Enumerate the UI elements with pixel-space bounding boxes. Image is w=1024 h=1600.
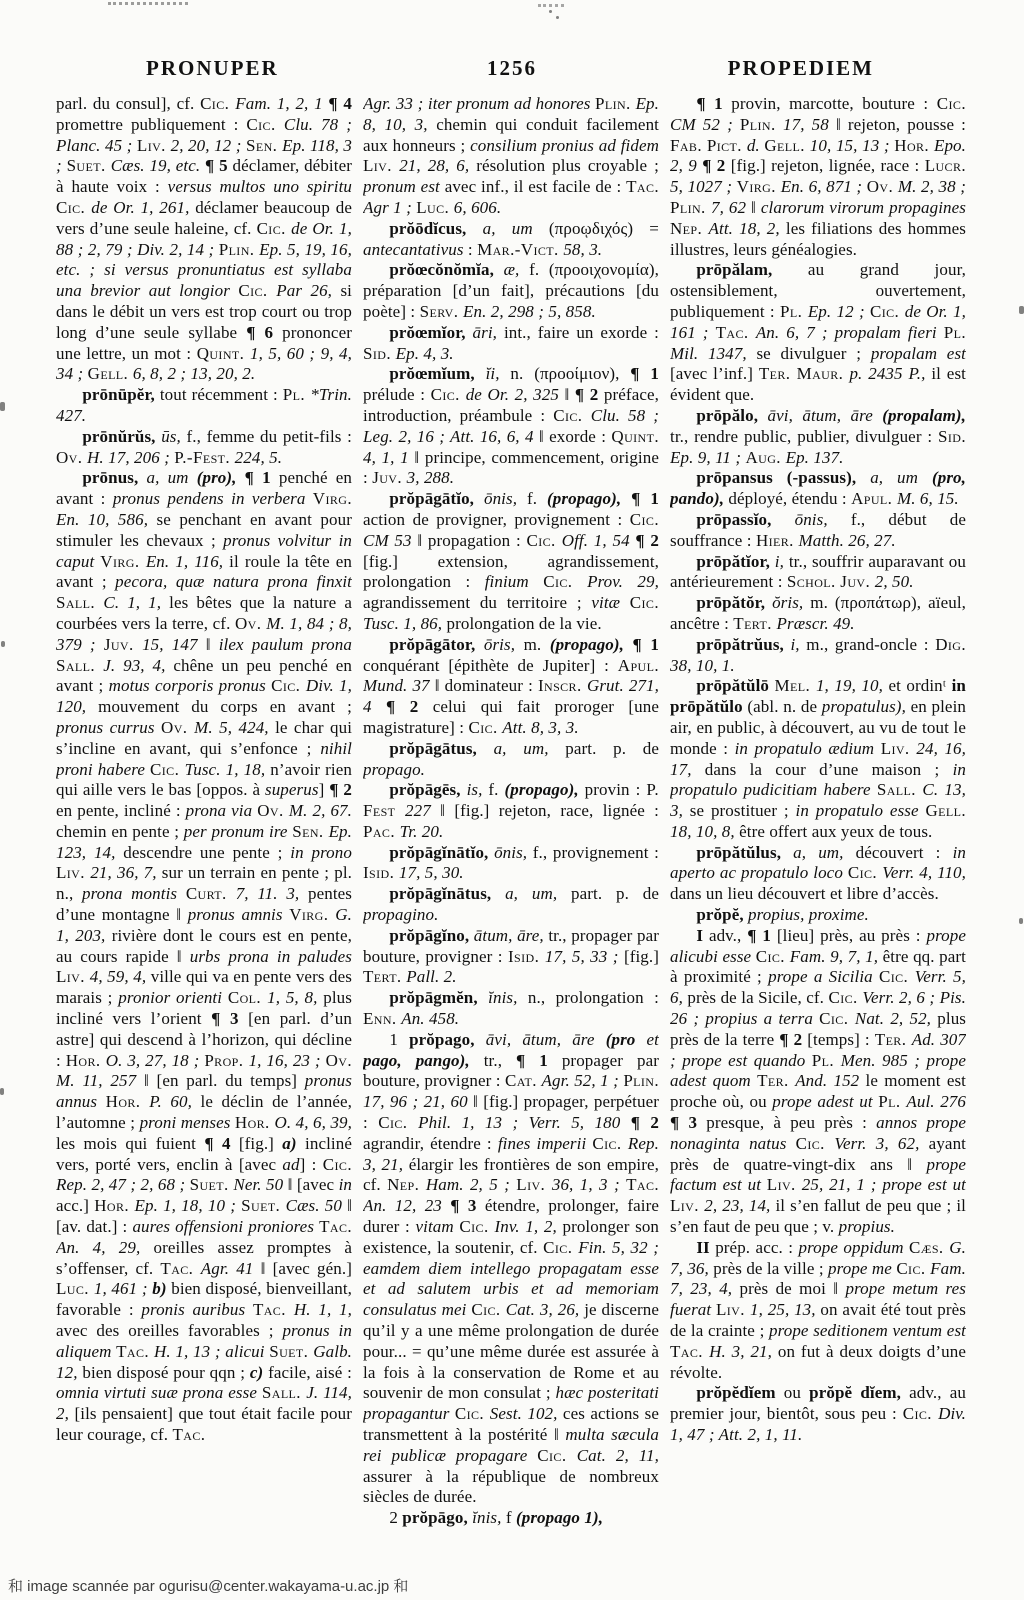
text-run: [lieu] près, au près : xyxy=(777,926,927,945)
text-run: adv., xyxy=(709,926,747,945)
text-run: M. 2, 38 ; xyxy=(898,177,966,196)
text-run: Aul. 276 xyxy=(906,1092,966,1111)
headword-or-section: prŏpāgātor, xyxy=(389,635,484,654)
text-run: en pente, incliné : xyxy=(56,801,186,820)
headword-or-section: prōnūpĕr, xyxy=(82,385,160,404)
text-run: En. 1, 116, xyxy=(146,552,229,571)
dictionary-paragraph: parl. du consul], cf. Cic. Fam. 1, 2, 1 … xyxy=(56,94,352,385)
dictionary-paragraph: 1 prŏpago, āvi, ātum, āre (pro et pago, … xyxy=(363,1030,659,1508)
text-run: Cic. xyxy=(903,1404,938,1423)
text-run: Luc. xyxy=(56,1279,94,1298)
text-run: les mois qui fuient xyxy=(56,1134,204,1153)
text-run: Hor. xyxy=(106,1092,150,1111)
text-run: Ham. 2, 5 ; xyxy=(426,1175,516,1194)
text-run: ŏris, xyxy=(772,593,810,612)
text-run: Cic. xyxy=(323,1155,352,1174)
text-run: Cic. xyxy=(870,302,905,321)
text-run: Ner. 50 xyxy=(233,1175,287,1194)
text-run: ‖ [avec gén.] xyxy=(261,1259,352,1278)
headword-or-section: prŏpāgātĭo, xyxy=(389,489,484,508)
headword-or-section: ¶ 1 xyxy=(747,926,777,945)
text-run: et ordinᵗ xyxy=(888,676,951,695)
headword-or-section: prōpătŏr, xyxy=(696,593,772,612)
text-run: b) xyxy=(152,1279,171,1298)
headword-or-section: prŏpĕdĭem xyxy=(696,1383,783,1402)
header-right-headword: PROPEDIEM xyxy=(728,56,874,81)
text-run: Dig. xyxy=(935,635,966,654)
text-run: pronus amnis xyxy=(188,905,290,924)
text-run: ilex paulum prona xyxy=(219,635,352,654)
text-run: a, um, xyxy=(494,739,566,758)
text-run: conquérant [épithète de Jupiter] : xyxy=(363,656,618,675)
text-run: 17, 58 xyxy=(783,115,836,134)
text-run: Enn. xyxy=(363,1009,401,1028)
text-run: agrandissement du territoire ; xyxy=(363,593,591,612)
text-run: āri, xyxy=(473,323,504,342)
text-run: P. 60, xyxy=(149,1092,200,1111)
text-run: Pl. xyxy=(812,1051,841,1070)
text-run: Tac. xyxy=(670,1342,709,1361)
text-run: Cic. xyxy=(150,760,185,779)
text-run: Cic. xyxy=(56,198,91,217)
text-run: 2, 50. xyxy=(875,572,914,591)
text-run: Cic. xyxy=(592,1134,628,1153)
text-run: Hor. xyxy=(66,1051,106,1070)
headword-or-section: ¶ 2 xyxy=(779,1030,807,1049)
text-run: prona via xyxy=(186,801,258,820)
headword-or-section: ¶ 1 xyxy=(696,94,731,113)
text-run: 38, 10, 1. xyxy=(670,656,735,675)
text-run: 224, 5. xyxy=(235,448,282,467)
headword-or-section: ¶ 3 xyxy=(450,1196,485,1215)
text-run: Suet. xyxy=(269,1342,313,1361)
headword-or-section: prŏpāgmĕn, xyxy=(389,988,488,1007)
text-run: Tusc. 1, 86, xyxy=(363,614,446,633)
text-run: Rep. 2, 47 ; 2, 68 ; xyxy=(56,1175,190,1194)
dictionary-paragraph: prŏpāgātus, a, um, part. p. de propago. xyxy=(363,739,659,781)
text-run: Pac. xyxy=(363,822,400,841)
text-run: provin : xyxy=(585,780,647,799)
text-run: parl. du consul], cf. xyxy=(56,94,200,113)
text-run: Tusc. 1, 18, xyxy=(185,760,271,779)
text-run: Quint. xyxy=(197,344,250,363)
page-header: PRONUPER 1256 PROPEDIEM xyxy=(0,56,1024,86)
text-run: An. 6, 7 ; propalam fieri xyxy=(756,323,944,342)
text-run: Tac. xyxy=(172,1425,205,1444)
text-run: Cic. xyxy=(630,593,659,612)
text-run: Cic. xyxy=(238,281,276,300)
text-run: in xyxy=(339,1175,352,1194)
dictionary-paragraph: prŏpāgmĕn, ĭnis, n., prolongation : Enn.… xyxy=(363,988,659,1030)
text-run: f., femme du petit-fils : xyxy=(187,427,352,446)
text-run: Liv. xyxy=(670,1196,704,1215)
text-run: 6, 606. xyxy=(454,198,501,217)
text-run: M. 5, 424, xyxy=(194,718,275,737)
text-run: 4, 1, 1 xyxy=(363,448,414,467)
text-run: prép. acc. : xyxy=(715,1238,798,1257)
dictionary-paragraph: prōpătŭlus, a, um, découvert : in aperto… xyxy=(670,843,966,905)
text-run: Liv. xyxy=(516,1175,552,1194)
headword-or-section: prōnŭrŭs, xyxy=(82,427,161,446)
text-run: Cic. xyxy=(937,94,966,113)
text-run: déployé, étendu : xyxy=(728,489,851,508)
text-run: propagino. xyxy=(363,905,438,924)
text-run: provin, marcotte, bouture : xyxy=(731,94,937,113)
text-run: Pl. xyxy=(780,302,808,321)
text-run: Att. 18, 2, xyxy=(709,219,786,238)
scan-artifact xyxy=(1019,918,1023,924)
scan-artifact xyxy=(1,641,5,647)
text-run: Tert. xyxy=(363,967,406,986)
text-run: 2, 20, 12 ; xyxy=(171,136,246,155)
text-run: Ov. xyxy=(867,177,898,196)
text-run: Ep. 4, 3. xyxy=(396,344,454,363)
text-run: propius, proxime. xyxy=(748,905,869,924)
text-run: Cic. xyxy=(271,676,306,695)
text-run: Pl. xyxy=(283,385,311,404)
text-run: ad xyxy=(282,1155,299,1174)
headword-or-section: prōpălam, xyxy=(696,260,808,279)
text-run: Ep. 137. xyxy=(786,448,844,467)
text-run: Apul. xyxy=(851,489,897,508)
text-run: motus corporis pronus xyxy=(109,676,271,695)
text-run: Sid. xyxy=(938,427,966,446)
text-run: chemin en pente ; xyxy=(56,822,184,841)
text-run: Isid. xyxy=(508,947,545,966)
text-run: a, um, xyxy=(505,884,571,903)
text-run: Cic. xyxy=(896,1259,930,1278)
text-run: Sall. xyxy=(262,1383,306,1402)
text-run: Tac. xyxy=(626,177,659,196)
text-run: 2 xyxy=(389,1508,402,1527)
text-run: ] : xyxy=(300,1155,323,1174)
text-run: omnia virtuti suæ prona esse xyxy=(56,1383,262,1402)
headword-or-section: prŏpāgĭno, xyxy=(389,926,473,945)
text-run: is, xyxy=(467,780,489,799)
headword-or-section: ¶ 4 xyxy=(204,1134,239,1153)
text-run: clarorum virorum propagines xyxy=(761,198,966,217)
text-run: CM 53 xyxy=(363,531,417,550)
text-run: de Or. 1, 261, xyxy=(91,198,195,217)
headword-or-section: ¶ 4 xyxy=(328,94,352,113)
text-run: Liv. xyxy=(881,739,917,758)
text-run: ‖ xyxy=(751,198,761,217)
text-run: pronis auribus xyxy=(141,1300,253,1319)
text-run: Cic. xyxy=(459,1217,494,1236)
scan-artifact xyxy=(556,16,559,19)
text-run: Suet. xyxy=(241,1196,286,1215)
text-run: Cic. xyxy=(828,988,862,1007)
text-run: Tac. xyxy=(626,1175,659,1194)
text-run: Prop. xyxy=(204,1051,248,1070)
headword-or-section: ¶ 3 xyxy=(670,1113,706,1132)
text-run: 4, 59, 4, xyxy=(90,967,151,986)
text-run: Fam. 9, 7, 1, xyxy=(790,947,883,966)
text-run: résolution plus croyable ; xyxy=(476,156,659,175)
headword-or-section: ¶ 1 xyxy=(631,489,659,508)
dictionary-paragraph: prōnūpĕr, tout récemment : Pl. *Trin. 42… xyxy=(56,385,352,427)
headword-or-section: ¶ 3 xyxy=(211,1009,248,1028)
text-run: i, xyxy=(790,635,806,654)
dictionary-paragraph: prŏpāgĭno, ātum, āre, tr., propager par … xyxy=(363,926,659,988)
text-run: c) xyxy=(250,1363,268,1382)
text-run: propago. xyxy=(363,760,425,779)
text-run: An. 12, 23 xyxy=(363,1196,450,1215)
text-run: Off. 1, 54 xyxy=(562,531,636,550)
headword-or-section: prŏœcŏnŏmĭa, xyxy=(389,260,503,279)
text-run: Att. 8, 3, 3. xyxy=(502,718,578,737)
text-run: f xyxy=(506,1508,516,1527)
text-run: part. p. de xyxy=(571,884,659,903)
text-run: Cic. xyxy=(468,718,502,737)
text-run: m., grand-oncle : xyxy=(806,635,935,654)
text-run: Lucr. xyxy=(925,156,966,175)
text-run: Cic. xyxy=(819,1009,855,1028)
text-run: 6, 8, 2 ; 13, 20, 2. xyxy=(133,364,255,383)
headword-or-section: prŏpāgĭnātĭo, xyxy=(389,843,494,862)
text-run: Suet. xyxy=(67,156,111,175)
text-run: Cæs. xyxy=(909,1238,949,1257)
text-run: Mel. xyxy=(775,676,816,695)
text-run: d. xyxy=(747,136,765,155)
text-run: mouvement du corps en avant ; xyxy=(98,697,352,716)
text-run: se divulguer ; xyxy=(756,344,870,363)
text-run: Gell. xyxy=(88,364,133,383)
scan-artifact xyxy=(1019,306,1024,314)
text-run: Sall. xyxy=(56,593,103,612)
text-run: pronum est xyxy=(363,177,445,196)
text-run: Cic. xyxy=(879,967,915,986)
text-run: Liv. xyxy=(56,863,90,882)
text-run: a, um xyxy=(146,468,196,487)
text-run: Fam. 1, 2, 1 xyxy=(235,94,328,113)
text-run: ‖ rejeton, pousse : xyxy=(836,115,966,134)
text-run: Nep. xyxy=(387,1175,426,1194)
headword-or-section: ¶ 2 xyxy=(702,156,731,175)
text-run: 25, 21, 1 ; prope est ut xyxy=(802,1175,966,1194)
text-run: [avec l’inf.] xyxy=(670,364,759,383)
text-run: ĭi, xyxy=(486,364,511,383)
text-run: ōnis, xyxy=(795,510,851,529)
text-run: 10, 15, 13 ; xyxy=(810,136,894,155)
text-run: Suet. xyxy=(190,1175,234,1194)
text-run: (propago 1), xyxy=(516,1508,603,1527)
headword-or-section: prŏpĕ dĭem, xyxy=(809,1383,909,1402)
text-run: 17, 5, 30. xyxy=(399,863,464,882)
text-run: int., faire un exorde : xyxy=(504,323,659,342)
text-run: Hier. xyxy=(756,531,799,550)
text-run: ōnis, xyxy=(494,843,533,862)
text-run: presque, à peu près : xyxy=(706,1113,876,1132)
text-run: descendre une pente ; xyxy=(123,843,290,862)
text-run: æ, xyxy=(504,260,529,279)
text-run: ‖ propagation : xyxy=(417,531,526,550)
text-run: Cic. xyxy=(630,510,659,529)
text-run: Cic. xyxy=(796,1134,835,1153)
text-run: 1, 5, 8, xyxy=(267,988,323,1007)
text-run: 1, 16, 23 ; xyxy=(249,1051,326,1070)
text-run: in propatulo esse xyxy=(796,801,926,820)
text-run: dans la cour d’une maison ; xyxy=(705,760,953,779)
text-run: part. p. de xyxy=(565,739,659,758)
text-run: Nep. xyxy=(670,219,709,238)
text-run: Ov. xyxy=(161,718,194,737)
text-run: 15, 147 xyxy=(142,635,206,654)
text-run: 7, 11. 3, xyxy=(236,884,308,903)
text-run: Tac. xyxy=(116,1342,154,1361)
text-run: Mund. 37 xyxy=(363,676,435,695)
text-run: se prostituer ; xyxy=(690,801,796,820)
text-run: Isid. xyxy=(363,863,399,882)
text-run: Cic. xyxy=(553,406,591,425)
text-run: vitam xyxy=(415,1217,459,1236)
headword-or-section: II xyxy=(696,1238,715,1257)
headword-or-section: ¶ 5 xyxy=(205,156,232,175)
text-run: H. 1, 1, xyxy=(294,1300,352,1319)
headword-or-section: prŏpāgātus, xyxy=(389,739,493,758)
text-run: āvi, ātum, āre xyxy=(768,406,883,425)
text-run: Cic. xyxy=(200,94,235,113)
headword-or-section: ¶ 2 xyxy=(329,780,352,799)
dictionary-paragraph: prŏpāgĭnātĭo, ōnis, f., provignement : I… xyxy=(363,843,659,885)
text-run: a, um, xyxy=(793,843,855,862)
text-run: 3, 288. xyxy=(407,468,454,487)
text-run: 58, 3. xyxy=(563,240,602,259)
text-run: (propago), xyxy=(550,635,633,654)
text-run: Liv. xyxy=(137,136,171,155)
text-run: f. xyxy=(527,489,547,508)
text-run: 21, 36, 7, xyxy=(90,863,161,882)
dictionary-paragraph: prŏœcŏnŏmĭa, æ, f. (προοιχονομία), prépa… xyxy=(363,260,659,322)
text-run: En. 6, 871 ; xyxy=(781,177,867,196)
text-run: Sid. xyxy=(363,344,396,363)
text-run: Nat. 2, 52, xyxy=(855,1009,937,1028)
text-run: Prov. 29, xyxy=(587,572,659,591)
text-run: ūs, xyxy=(161,427,186,446)
headword-or-section: prōpansus (-passus), xyxy=(696,468,870,487)
text-run: Cat. 2, 11, xyxy=(577,1446,659,1465)
text-run: (propago), xyxy=(505,780,585,799)
text-run: Ov. xyxy=(235,614,266,633)
text-run: 21, 28, 6, xyxy=(399,156,476,175)
text-run: ātum, āre, xyxy=(474,926,549,945)
text-run: (abl. n. de xyxy=(747,697,821,716)
text-run: O. 3, 27, 18 ; xyxy=(106,1051,205,1070)
text-run: fines imperii xyxy=(498,1134,593,1153)
text-run: Plin. xyxy=(219,240,259,259)
text-run: finium xyxy=(485,572,543,591)
text-run: Virg. xyxy=(289,905,335,924)
headword-or-section: prōpătŭlō xyxy=(696,676,774,695)
dictionary-paragraph: prōpătŭlō Mel. 1, 19, 10, et ordinᵗ in p… xyxy=(670,676,966,842)
text-run: ōris, xyxy=(484,635,524,654)
text-run: Liv. xyxy=(363,156,399,175)
text-run: Cic. xyxy=(537,1446,576,1465)
text-run: in prono xyxy=(290,843,352,862)
text-run: Præscr. 49. xyxy=(777,614,855,633)
text-run: 17, 96 ; 21, 60 xyxy=(363,1092,473,1111)
text-run: Verr. 4, 110, xyxy=(882,863,966,882)
text-run: Juv. xyxy=(104,635,142,654)
text-run: 1, 25, 13, xyxy=(750,1300,820,1319)
text-run: prélude : xyxy=(363,385,431,404)
text-run: tout récemment : xyxy=(160,385,283,404)
text-run: Cic. xyxy=(527,531,562,550)
text-run: Ter. xyxy=(875,1030,912,1049)
column-1: parl. du consul], cf. Cic. Fam. 1, 2, 1 … xyxy=(56,94,352,1564)
headword-or-section: prōpălo, xyxy=(696,406,767,425)
text-run: tr., xyxy=(484,1051,516,1070)
text-run: M. 2, 67. xyxy=(289,801,352,820)
text-run: propatulus), xyxy=(822,697,911,716)
text-run: Cat. xyxy=(505,1071,542,1090)
text-run: propalam est xyxy=(871,344,966,363)
text-run: Tac. xyxy=(253,1300,294,1319)
text-run: découvert : xyxy=(856,843,953,862)
text-run: Pall. 2. xyxy=(406,967,456,986)
text-run: Sen. xyxy=(246,136,282,155)
text-run: Quint. xyxy=(611,427,659,446)
headword-or-section: I xyxy=(696,926,709,945)
text-run: tr., rendre public, publier, divulguer : xyxy=(670,427,938,446)
text-run: Virg. xyxy=(100,552,146,571)
headword-or-section: ¶ 1 xyxy=(516,1051,562,1070)
text-run: Cic. xyxy=(257,219,292,238)
text-run: 5, 1027 ; xyxy=(670,177,737,196)
text-run: Mar.-Vict. xyxy=(477,240,563,259)
text-run: Cæs. 50 xyxy=(286,1196,347,1215)
text-run: Fab. Pict. xyxy=(670,136,747,155)
text-run: 18, 10, 8, xyxy=(670,822,739,841)
text-run: J. 93, 4, xyxy=(103,656,173,675)
text-run: vitæ xyxy=(591,593,629,612)
headword-or-section: ¶ 2 xyxy=(635,531,659,550)
text-run: pronus pendens in verbera xyxy=(113,489,313,508)
text-run: avec des oreilles favorables ; xyxy=(56,1321,282,1340)
text-run: prona montis xyxy=(82,884,186,903)
text-run: i, xyxy=(775,552,789,571)
text-run: Inscr. xyxy=(538,676,587,695)
text-run: H. 1, 13 ; alicui xyxy=(154,1342,269,1361)
text-run: agrandir, étendre : xyxy=(363,1134,498,1153)
text-run: aures offensioni proniores xyxy=(132,1217,319,1236)
text-run: Luc. xyxy=(416,198,454,217)
text-run: Juv. xyxy=(372,468,406,487)
headword-or-section: prōpătĭor, xyxy=(696,552,774,571)
text-run: āvi, ātum, āre xyxy=(486,1030,606,1049)
dictionary-paragraph: prōpătĭor, i, tr., souffrir auparavant o… xyxy=(670,552,966,594)
text-run: ‖ dominateur : xyxy=(435,676,538,695)
text-run: Cat. 3, 26, xyxy=(506,1300,584,1319)
text-run: An. 458. xyxy=(401,1009,459,1028)
headword-or-section: prŏœmĭor, xyxy=(389,323,472,342)
column-3: ¶ 1 provin, marcotte, bouture : Cic. CM … xyxy=(670,94,966,1564)
headword-or-section: prŏpāgēs, xyxy=(389,780,466,799)
headword-or-section: prōnus, xyxy=(82,468,146,487)
dictionary-paragraph: I adv., ¶ 1 [lieu] près, au près : prope… xyxy=(670,926,966,1238)
headword-or-section: prŏpago, xyxy=(409,1030,486,1049)
text-run: Tac. xyxy=(716,323,756,342)
text-run: Cic. xyxy=(455,1404,490,1423)
text-run: dans un lieu découvert et libre d’accès. xyxy=(670,884,939,903)
text-run: En. 10, 586, xyxy=(56,510,157,529)
text-run: Tert. xyxy=(733,614,776,633)
text-run: pecora, quæ natura prona finxit xyxy=(115,572,352,591)
text-run: Agr. 41 xyxy=(201,1259,261,1278)
column-2: Agr. 33 ; iter pronum ad honores Plin. E… xyxy=(363,94,659,1564)
page-number: 1256 xyxy=(487,56,537,81)
text-run: An. 4, 29, xyxy=(56,1238,154,1257)
